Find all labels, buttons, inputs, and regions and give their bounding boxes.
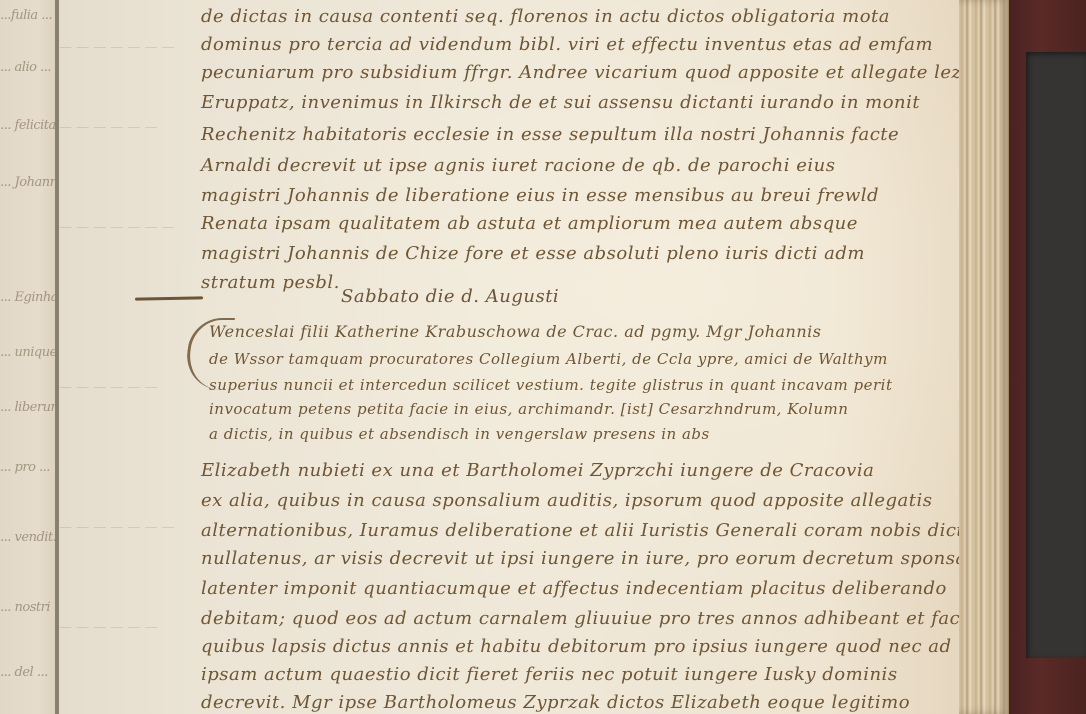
text-line: stratum pesbl.: [201, 272, 340, 293]
text-line: pecuniarum pro subsidium ffrgr. Andree v…: [201, 62, 959, 83]
left-page-line: ... Eginhard: [0, 290, 55, 305]
section-heading: Sabbato die d. Augusti: [341, 286, 559, 307]
left-page-line: ... nostri ...: [0, 600, 55, 615]
text-line: magistri Johannis de liberatione eius in…: [201, 185, 879, 206]
text-line: ex alia, quibus in causa sponsalium audi…: [201, 490, 933, 511]
text-line: decrevit. Mgr ipse Bartholomeus Zyprzak …: [201, 692, 910, 713]
manuscript-viewer: ...fulia ... ... alio ... ... felicitat.…: [0, 0, 1086, 714]
left-page-line: ... unique: [0, 345, 55, 360]
left-page-line: ... liberum: [0, 400, 55, 415]
text-line: Elizabeth nubieti ex una et Bartholomei …: [201, 460, 874, 481]
page-fore-edge: [959, 0, 1009, 714]
left-facing-page: ...fulia ... ... alio ... ... felicitat.…: [0, 0, 55, 714]
left-page-line: ... alio ...: [0, 60, 55, 75]
cover-inset-panel: [1026, 52, 1086, 658]
text-line: invocatum petens petita facie in eius, a…: [209, 400, 848, 418]
left-page-line: ... vendit...: [0, 530, 55, 545]
text-line: Wenceslai filii Katherine Krabuschowa de…: [209, 322, 821, 341]
text-line: Eruppatz, invenimus in Ilkirsch de et su…: [201, 92, 920, 113]
text-line: de Wssor tamquam procuratores Collegium …: [209, 350, 888, 368]
left-page-line: ... pro ...: [0, 460, 55, 475]
text-line: latenter imponit quantiacumque et affect…: [201, 578, 947, 599]
text-line: de dictas in causa contenti seq. floreno…: [201, 6, 890, 27]
text-line: quibus lapsis dictus annis et habitu deb…: [201, 636, 952, 657]
text-line: superius nuncii et intercedun scilicet v…: [209, 376, 892, 394]
left-page-line: ...fulia ...: [0, 8, 55, 23]
text-line: dominus pro tercia ad videndum bibl. vir…: [201, 34, 933, 55]
text-line: nullatenus, ar visis decrevit ut ipsi iu…: [201, 548, 959, 569]
left-page-line: ... Johann...: [0, 175, 55, 190]
text-line: a dictis, in quibus et absendisch in ven…: [209, 425, 710, 443]
left-page-line: ... felicitat...: [0, 118, 55, 133]
margin-mark: [135, 296, 203, 300]
text-line: Rechenitz habitatoris ecclesie in esse s…: [201, 124, 899, 145]
text-line: magistri Johannis de Chize fore et esse …: [201, 243, 865, 264]
text-line: Arnaldi decrevit ut ipse agnis iuret rac…: [201, 155, 836, 176]
text-line: debitam; quod eos ad actum carnalem gliu…: [201, 608, 959, 629]
recto-page: — — — — — — — — — — — — — — — — — — — — …: [59, 0, 959, 714]
text-line: alternationibus, Iuramus deliberatione e…: [201, 520, 959, 541]
text-line: ipsam actum quaestio dicit fieret feriis…: [201, 664, 898, 685]
left-page-line: ... del ...: [0, 665, 55, 680]
text-line: Renata ipsam qualitatem ab astuta et amp…: [201, 213, 858, 234]
